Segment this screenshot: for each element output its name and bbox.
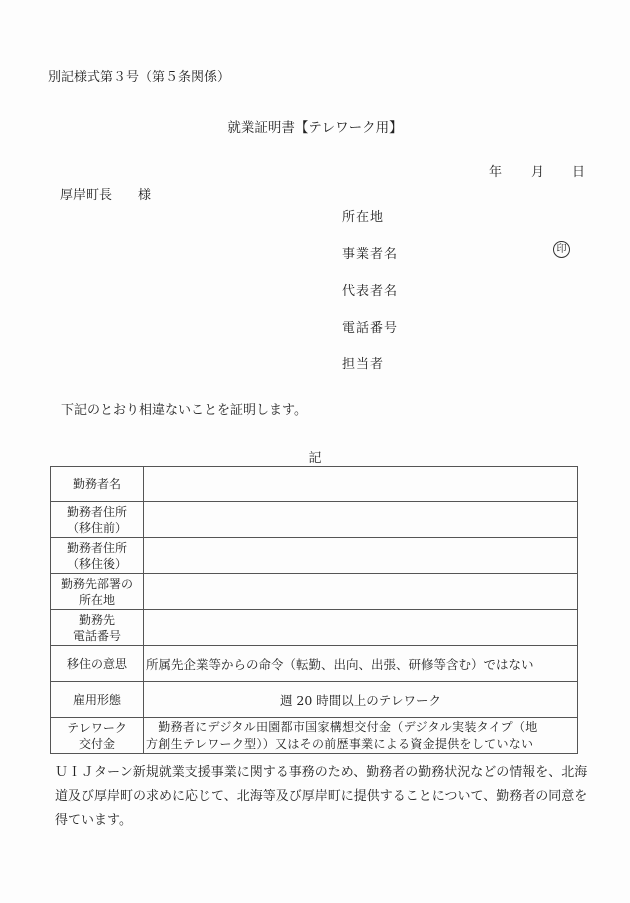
- grant-text-line: 方創生テレワーク型））又はその前歴事業による資金提供をしていない: [146, 736, 575, 753]
- row-label-text: 移住の意思: [67, 657, 127, 671]
- row-label-text: （移住後）: [51, 556, 143, 572]
- ki-heading: 記: [0, 447, 630, 466]
- row-label-text: 所在地: [51, 592, 143, 608]
- employer-field-contact-person: 担当者: [342, 353, 384, 372]
- row-label: 勤務先電話番号: [51, 610, 144, 646]
- table-row: 勤務先部署の所在地: [51, 574, 578, 610]
- row-label-text: 勤務先部署の: [51, 576, 143, 592]
- document-title: 就業証明書【テレワーク用】: [0, 116, 630, 136]
- certification-statement: 下記のとおり相違ないことを証明します。: [61, 399, 307, 418]
- row-label: 勤務者住所（移住前）: [51, 502, 144, 538]
- row-label: 勤務者住所（移住後）: [51, 538, 144, 574]
- table-row: 移住の意思 所属先企業等からの命令（転勤、出向、出張、研修等含む）ではない: [51, 646, 578, 682]
- row-label-text: 電話番号: [51, 628, 143, 644]
- row-label-text: 勤務者名: [73, 477, 121, 491]
- row-label-text: 勤務者住所: [51, 540, 143, 556]
- table-row: 勤務者住所（移住後）: [51, 538, 578, 574]
- table-row: 雇用形態 週 20 時間以上のテレワーク: [51, 682, 578, 718]
- details-table: 勤務者名 勤務者住所（移住前） 勤務者住所（移住後） 勤務先部署の所在地 勤務先…: [50, 466, 578, 754]
- table-row: 勤務者住所（移住前）: [51, 502, 578, 538]
- row-label: 雇用形態: [51, 682, 144, 718]
- employer-field-address: 所在地: [342, 206, 384, 225]
- grant-text-line: 勤務者にデジタル田園都市国家構想交付金（デジタル実装タイプ（地: [146, 719, 575, 736]
- seal-icon: 印: [553, 241, 570, 258]
- employer-field-representative: 代表者名: [342, 280, 398, 299]
- row-label: テレワーク交付金: [51, 718, 144, 754]
- table-row: 勤務者名: [51, 467, 578, 502]
- row-label: 移住の意思: [51, 646, 144, 682]
- row-label-text: （移住前）: [51, 520, 143, 536]
- row-label: 勤務者名: [51, 467, 144, 502]
- row-label-text: 交付金: [51, 736, 143, 752]
- addressee-honorific: 様: [138, 188, 151, 203]
- address-after-field[interactable]: [144, 538, 578, 574]
- form-number: 別記様式第３号（第５条関係）: [48, 66, 230, 85]
- date-year-label: 年: [489, 161, 502, 180]
- addressee-name: 厚岸町長: [60, 188, 112, 203]
- telework-grant-value: 勤務者にデジタル田園都市国家構想交付金（デジタル実装タイプ（地方創生テレワーク型…: [144, 718, 578, 754]
- relocation-intent-value: 所属先企業等からの命令（転勤、出向、出張、研修等含む）ではない: [144, 646, 578, 682]
- row-label-text: 雇用形態: [73, 693, 121, 707]
- employment-type-value: 週 20 時間以上のテレワーク: [144, 682, 578, 718]
- employer-field-business-name: 事業者名: [342, 243, 398, 262]
- address-before-field[interactable]: [144, 502, 578, 538]
- date-month-label: 月: [531, 161, 544, 180]
- row-label-text: テレワーク: [51, 720, 143, 736]
- department-location-field[interactable]: [144, 574, 578, 610]
- worker-name-field[interactable]: [144, 467, 578, 502]
- row-label-text: 勤務者住所: [51, 504, 143, 520]
- table-row: テレワーク交付金 勤務者にデジタル田園都市国家構想交付金（デジタル実装タイプ（地…: [51, 718, 578, 754]
- table-row: 勤務先電話番号: [51, 610, 578, 646]
- date-day-label: 日: [572, 161, 585, 180]
- employer-field-phone: 電話番号: [342, 317, 398, 336]
- workplace-phone-field[interactable]: [144, 610, 578, 646]
- row-label-text: 勤務先: [51, 612, 143, 628]
- row-label: 勤務先部署の所在地: [51, 574, 144, 610]
- addressee: 厚岸町長様: [60, 184, 151, 203]
- consent-paragraph: ＵＩＪターン新規就業支援事業に関する事務のため、勤務者の勤務状況などの情報を、北…: [55, 761, 595, 833]
